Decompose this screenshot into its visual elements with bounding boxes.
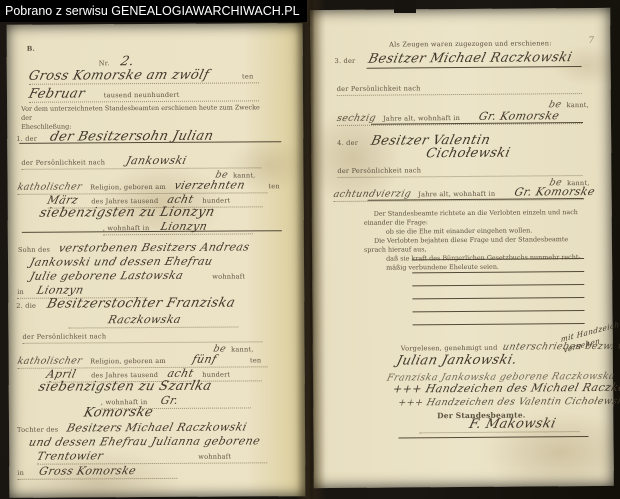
groom-ten-print: ten xyxy=(268,182,279,190)
declaration-line: sprach hierauf aus, xyxy=(364,245,427,253)
date-suffix-print: ten xyxy=(242,72,253,80)
declaration-paragraph: Der Standesbeamte richtete an die Verlob… xyxy=(364,208,594,273)
item3-label: 3. der xyxy=(334,57,355,65)
blank-signature-line xyxy=(412,310,584,312)
form-row-witness4-pers: der Persönlichkeit nach xyxy=(337,156,582,178)
form-row-bride-parents-residence: in Gross Komorske xyxy=(17,459,177,480)
declaration-line: ob sie die Ehe mit einander eingehen wol… xyxy=(386,226,532,235)
bride-in-label: in xyxy=(17,469,24,477)
bride-residence-handwritten: Gr. xyxy=(159,394,180,407)
form-row-witness3: 3. der Besitzer Michael Raczkowski xyxy=(334,46,571,67)
register-page-right: 7 Als Zeugen waren zugezogen und erschie… xyxy=(310,8,614,488)
book-spine-notch xyxy=(394,0,416,13)
form-row-registrar-signature: F. Makowski xyxy=(419,412,579,433)
bride-wohnhaft2-label: wohnhaft xyxy=(198,453,231,461)
witness4-pers-label: der Persönlichkeit nach xyxy=(337,166,421,175)
witness3-pers-label: der Persönlichkeit nach xyxy=(337,84,421,93)
item4-label: 4. der xyxy=(337,139,358,147)
witness3-age-label: Jahre alt, wohnhaft in xyxy=(383,114,460,123)
page-marker: B. xyxy=(27,36,35,55)
groom-pers-label: der Persönlichkeit nach xyxy=(21,158,105,167)
witness3-residence-handwritten: Gr. Komorske xyxy=(478,109,561,123)
witness3-name-handwritten: Besitzer Michael Raczkowski xyxy=(367,50,574,67)
blank-signature-line xyxy=(413,323,585,325)
pencil-mark: 7 xyxy=(588,36,594,46)
intro-line1: Vor dem unterzeichneten Standesbeamten e… xyxy=(21,103,260,121)
page-marker-label: B. xyxy=(27,45,35,53)
blank-signature-line xyxy=(412,271,584,273)
watermark-banner: Pobrano z serwisu GENEALOGIAWARCHIWACH.P… xyxy=(0,0,307,22)
groom-wohnhaft2-label: wohnhaft xyxy=(212,272,245,280)
item1-label: 1. der xyxy=(16,135,37,143)
witness4-residence-handwritten: Gr. Komorske xyxy=(513,185,596,199)
declaration-line: mäßig verbundene Eheleute seien. xyxy=(386,263,499,272)
watermark-banner-text: Pobrano z serwisu GENEALOGIAWARCHIWACH.P… xyxy=(5,4,300,18)
witness3-age-handwritten: sechzig xyxy=(336,113,378,124)
registrar-signature-handwritten: F. Makowski xyxy=(468,416,558,432)
blank-signature-line xyxy=(412,297,584,299)
closing-rule xyxy=(398,436,588,438)
witness4-age-handwritten: achtundvierzig xyxy=(332,188,412,200)
form-row-month-year: Februar tausend neunhundert xyxy=(29,81,259,102)
year-print: tausend neunhundert xyxy=(104,91,180,99)
blank-signature-line xyxy=(412,284,584,286)
item2-label: 2. die xyxy=(16,302,36,310)
form-row-witness3-pers: der Persönlichkeit nach xyxy=(337,74,582,96)
photo-background: B. Nr. 2. Gross Komorske am zwölf ten Fe… xyxy=(0,0,620,499)
declaration-line: Die Verlobten bejahten diese Frage und d… xyxy=(374,235,568,245)
witness4-age-label: Jahre alt, wohnhaft in xyxy=(418,190,495,199)
groom-surname-handwritten: Jankowski xyxy=(125,154,188,167)
declaration-line: einander die Frage: xyxy=(364,218,428,227)
register-page-left: B. Nr. 2. Gross Komorske am zwölf ten Fe… xyxy=(7,23,306,498)
bride-parents-residence-handwritten: Gross Komorske xyxy=(38,464,138,478)
bride-pers-label: der Persönlichkeit nach xyxy=(22,332,106,341)
declaration-line: Der Standesbeamte richtete an die Verlob… xyxy=(374,208,578,218)
month-handwritten: Februar xyxy=(27,86,86,101)
